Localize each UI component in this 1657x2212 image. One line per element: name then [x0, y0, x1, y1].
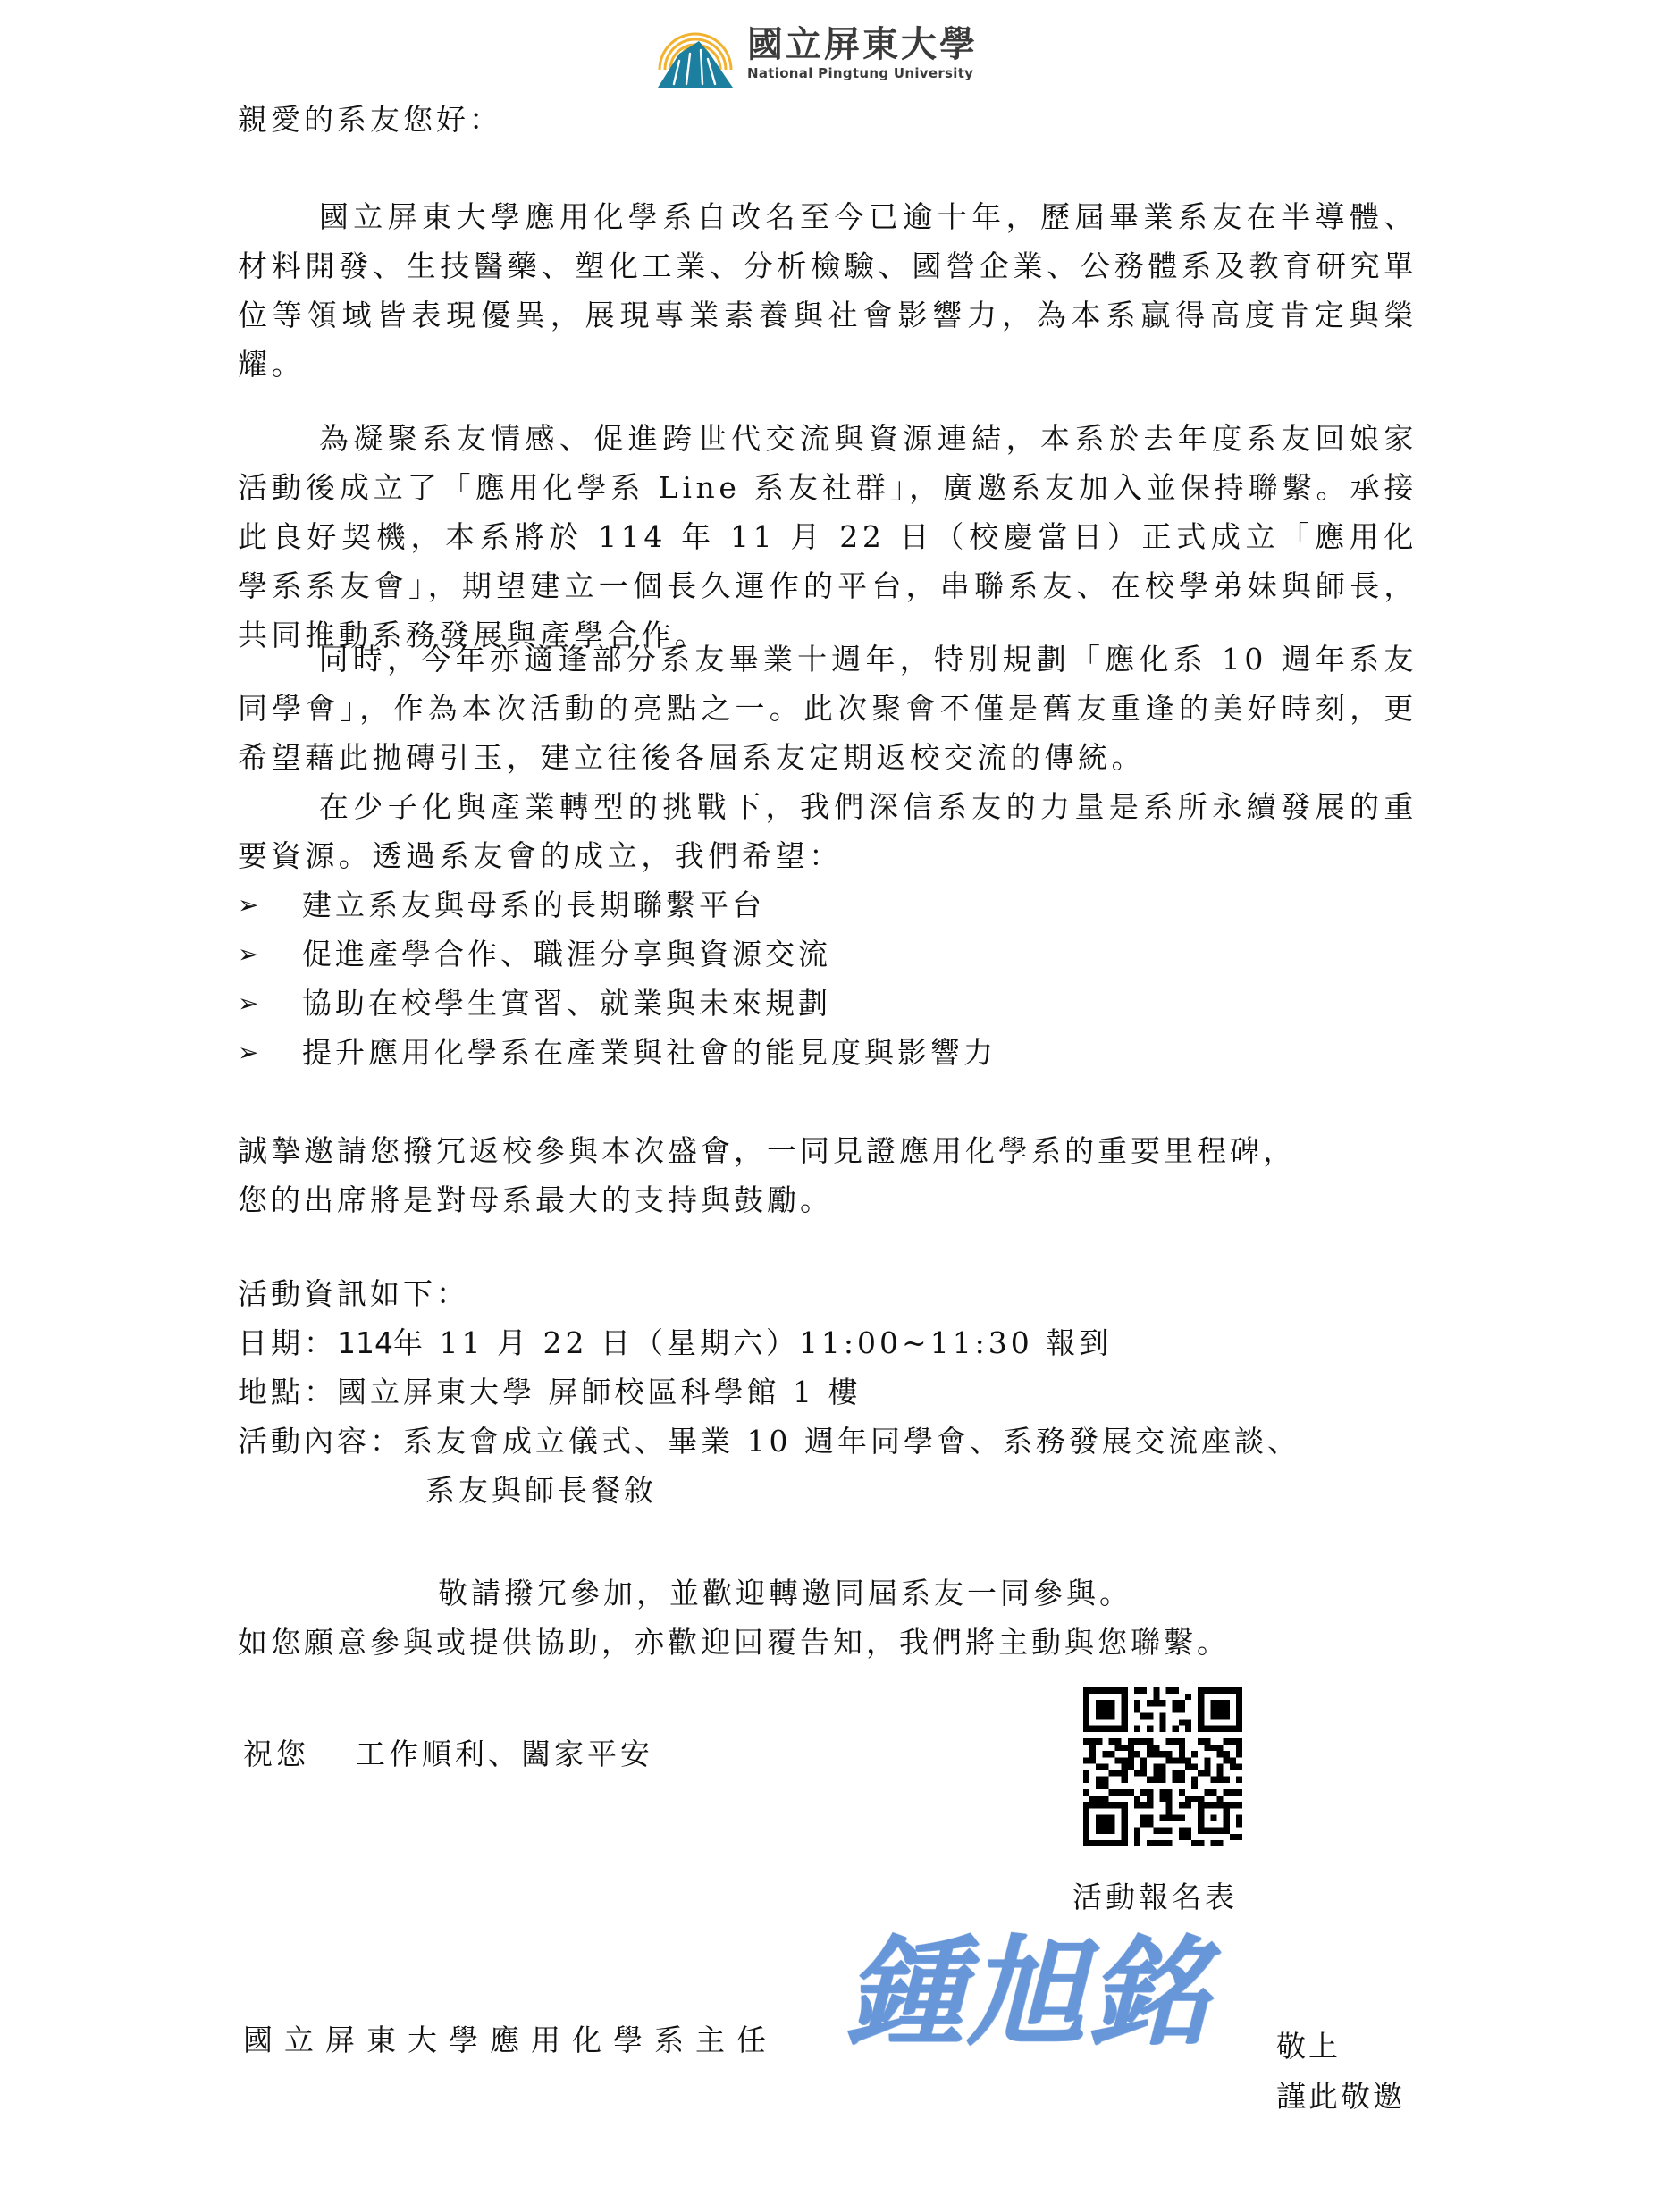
event-date-year: 114 — [337, 1325, 393, 1360]
signatory-title: 國立屏東大學應用化學系主任 — [243, 2015, 778, 2065]
arrow-bullet-icon: ➢ — [238, 929, 277, 979]
paragraph-reunion-text: 同時，今年亦適逢部分系友畢業十週年，特別規劃「應化系 10 週年系友同學會」，作… — [238, 642, 1417, 775]
goals-list: ➢ 建立系友與母系的長期聯繫平台 ➢ 促進產學合作、職涯分享與資源交流 ➢ 協助… — [238, 880, 997, 1077]
paragraph-goals-intro: 在少子化與產業轉型的挑戰下，我們深信系友的力量是系所永續發展的重要資源。透過系友… — [238, 782, 1417, 880]
list-item: ➢ 建立系友與母系的長期聯繫平台 — [238, 880, 997, 929]
paragraph-intro: 國立屏東大學應用化學系自改名至今已逾十年，歷屆畢業系友在半導體、材料開發、生技醫… — [238, 192, 1417, 389]
event-place-value: 國立屏東大學 屏師校區科學館 1 樓 — [337, 1375, 861, 1409]
registration-qr-code[interactable] — [1083, 1687, 1242, 1846]
qr-code-caption: 活動報名表 — [1072, 1872, 1238, 1922]
closing-line-1: 敬請撥冗參加，並歡迎轉邀同屆系友一同參與。 — [438, 1569, 1618, 1618]
goal-text: 促進產學合作、職涯分享與資源交流 — [302, 929, 831, 979]
list-item: ➢ 提升應用化學系在產業與社會的能見度與影響力 — [238, 1028, 997, 1077]
event-date-value: 年 11 月 22 日（星期六）11:00~11:30 報到 — [393, 1325, 1112, 1360]
paragraph-alumni-association-text: 為凝聚系友情感、促進跨世代交流與資源連結，本系於去年度系友回娘家活動後成立了「應… — [238, 421, 1417, 652]
event-place-label: 地點： — [238, 1375, 337, 1409]
paragraph-reunion: 同時，今年亦適逢部分系友畢業十週年，特別規劃「應化系 10 週年系友同學會」，作… — [238, 635, 1417, 782]
signature-respect: 敬上 — [1276, 2022, 1341, 2071]
arrow-bullet-icon: ➢ — [238, 880, 277, 929]
greeting: 親愛的系友您好： — [238, 95, 1417, 144]
event-date: 日期：114年 11 月 22 日（星期六）11:00~11:30 報到 — [238, 1318, 1112, 1367]
goal-text: 建立系友與母系的長期聯繫平台 — [302, 880, 765, 929]
event-info-title: 活動資訊如下： — [238, 1269, 1417, 1318]
closing-wish: 祝您工作順利、闔家平安 — [243, 1729, 1423, 1779]
paragraph-alumni-association: 為凝聚系友情感、促進跨世代交流與資源連結，本系於去年度系友回娘家活動後成立了「應… — [238, 414, 1417, 660]
list-item: ➢ 協助在校學生實習、就業與未來規劃 — [238, 979, 997, 1028]
event-date-label: 日期： — [238, 1325, 337, 1360]
invitation-letter-page: 國立屏東大學 National Pingtung University 親愛的系… — [0, 0, 1657, 2212]
invitation-line-2: 您的出席將是對母系最大的支持與鼓勵。 — [238, 1175, 1417, 1224]
arrow-bullet-icon: ➢ — [238, 1028, 277, 1077]
university-logo: 國立屏東大學 National Pingtung University — [652, 13, 978, 93]
wish-prefix: 祝您 — [243, 1737, 309, 1771]
paragraph-intro-text: 國立屏東大學應用化學系自改名至今已逾十年，歷屆畢業系友在半導體、材料開發、生技醫… — [238, 199, 1417, 382]
paragraph-goals-intro-text: 在少子化與產業轉型的挑戰下，我們深信系友的力量是系所永續發展的重要資源。透過系友… — [238, 789, 1417, 873]
university-name-en: National Pingtung University — [747, 65, 978, 81]
event-content-label: 活動內容： — [238, 1424, 403, 1459]
event-content: 活動內容：系友會成立儀式、畢業 10 週年同學會、系務發展交流座談、 — [238, 1417, 1300, 1466]
event-content-continued: 系友與師長餐敘 — [425, 1466, 657, 1515]
invitation-line-1: 誠摯邀請您撥冗返校參與本次盛會，一同見證應用化學系的重要里程碑， — [238, 1126, 1417, 1175]
signature-sincerely: 謹此敬邀 — [1276, 2072, 1405, 2121]
university-emblem-icon — [652, 14, 738, 91]
event-place: 地點：國立屏東大學 屏師校區科學館 1 樓 — [238, 1367, 861, 1417]
arrow-bullet-icon: ➢ — [238, 979, 277, 1028]
event-content-value: 系友會成立儀式、畢業 10 週年同學會、系務發展交流座談、 — [403, 1424, 1300, 1459]
closing-line-2: 如您願意參與或提供協助，亦歡迎回覆告知，我們將主動與您聯繫。 — [238, 1618, 1417, 1667]
goal-text: 提升應用化學系在產業與社會的能見度與影響力 — [302, 1028, 997, 1077]
invitation-paragraph: 誠摯邀請您撥冗返校參與本次盛會，一同見證應用化學系的重要里程碑， 您的出席將是對… — [238, 1126, 1417, 1224]
goal-text: 協助在校學生實習、就業與未來規劃 — [302, 979, 831, 1028]
signature-stamp: 鍾旭銘 — [845, 1922, 1210, 2065]
wish-text: 工作順利、闔家平安 — [356, 1737, 653, 1771]
university-name-zh: 國立屏東大學 — [747, 24, 978, 65]
list-item: ➢ 促進產學合作、職涯分享與資源交流 — [238, 929, 997, 979]
